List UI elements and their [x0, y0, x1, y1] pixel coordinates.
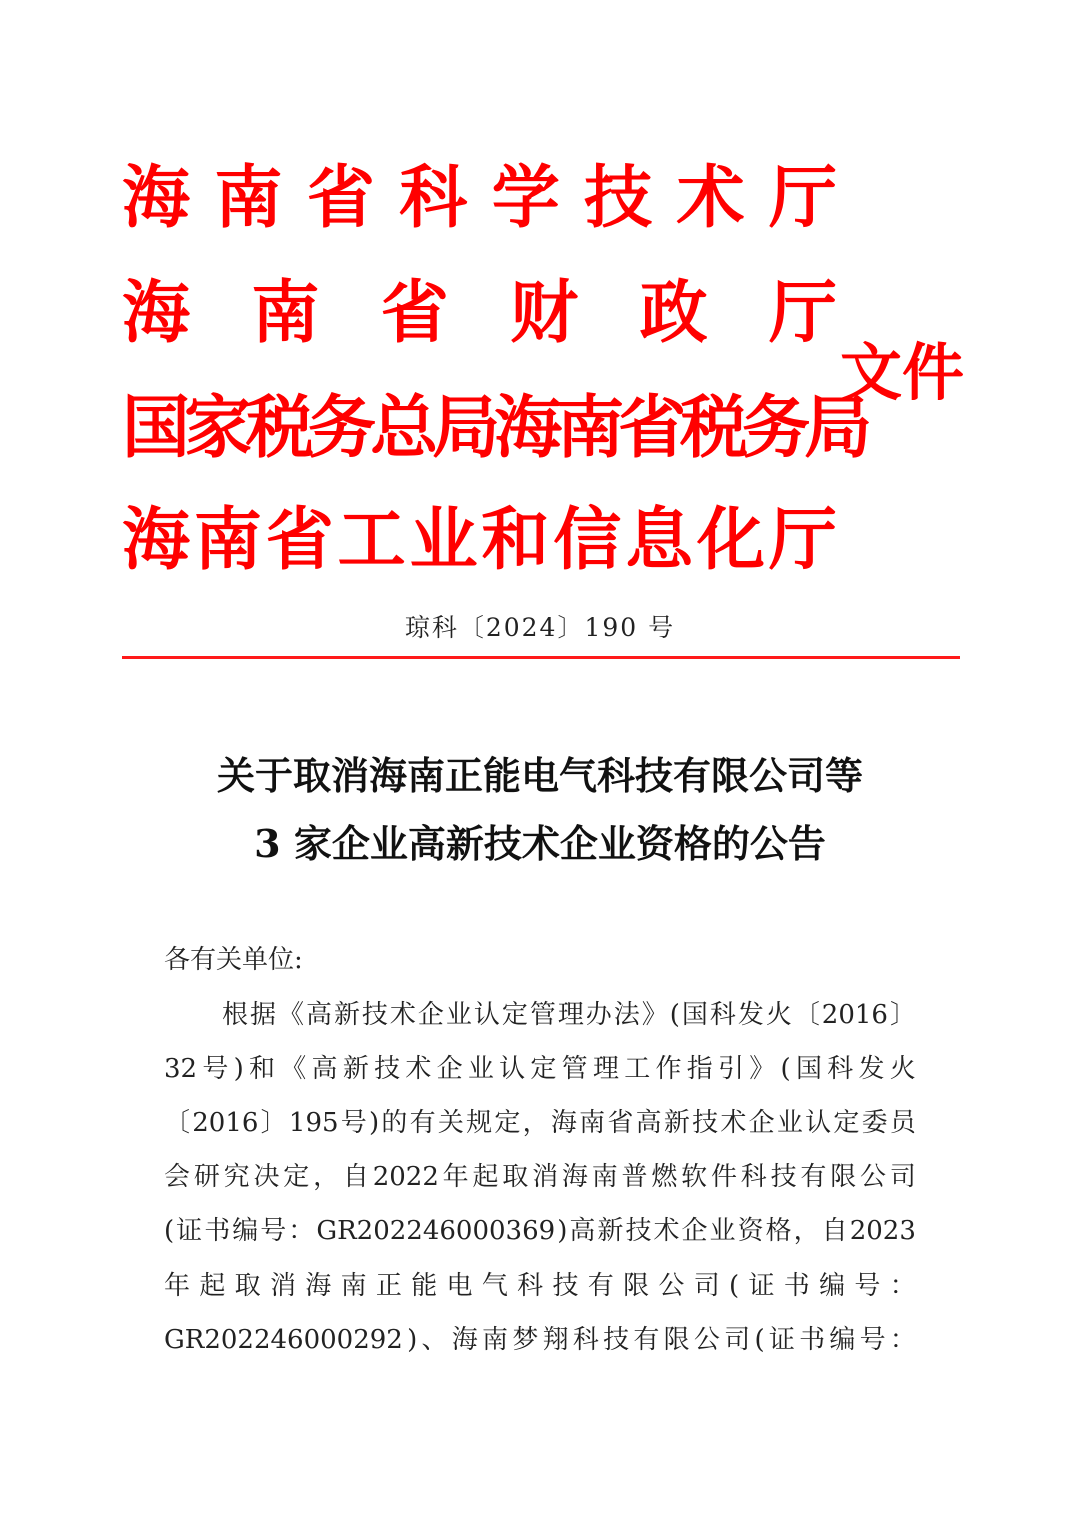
- red-divider-rule: [122, 656, 960, 659]
- body-line-1: 根据《高新技术企业认定管理办法》(国科发火〔2016〕: [222, 995, 916, 1035]
- header-suffix-wenjian: 文件: [840, 333, 964, 413]
- issuer-line-3: 国家税务总局海南省税务局: [122, 388, 832, 468]
- body-line-7: GR202246000292)、海南梦翔科技有限公司(证书编号：: [164, 1320, 916, 1360]
- body-line-3: 〔2016〕195号)的有关规定，海南省高新技术企业认定委员: [164, 1103, 916, 1143]
- body-line-5: (证书编号：GR202246000369)高新技术企业资格，自2023: [164, 1211, 916, 1251]
- body-line-6: 年起取消海南正能电气科技有限公司(证书编号：: [164, 1266, 916, 1306]
- body-line-2: 32号)和《高新技术企业认定管理工作指引》(国科发火: [164, 1049, 916, 1089]
- document-page: 海南省科学技术厅 海南省财政厅 国家税务总局海南省税务局 海南省工业和信息化厅 …: [0, 0, 1080, 1527]
- issuer-line-1: 海南省科学技术厅: [122, 158, 837, 238]
- body-line-4: 会研究决定，自2022年起取消海南普燃软件科技有限公司: [164, 1157, 916, 1197]
- issuer-line-2: 海南省财政厅: [122, 273, 837, 353]
- salutation: 各有关单位:: [164, 940, 916, 980]
- document-title-line-2: 3 家企业高新技术企业资格的公告: [0, 816, 1080, 872]
- document-number: 琼科〔2024〕190 号: [0, 608, 1080, 644]
- document-title-line-1: 关于取消海南正能电气科技有限公司等: [0, 748, 1080, 804]
- issuer-line-4: 海南省工业和信息化厅: [122, 500, 837, 580]
